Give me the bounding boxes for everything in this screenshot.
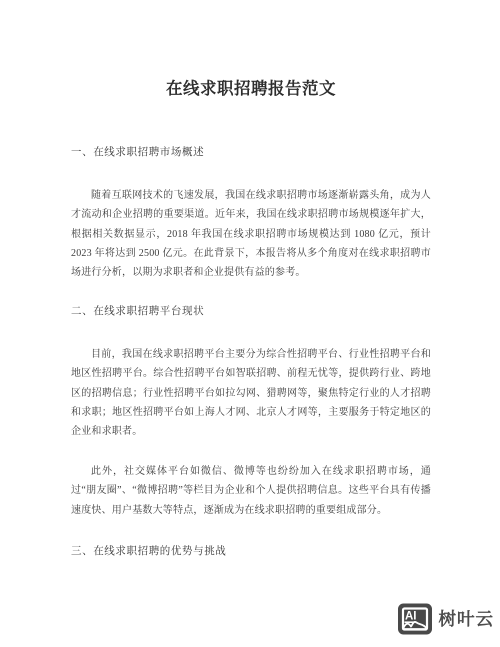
brand-watermark: AI 树叶云 xyxy=(397,601,495,637)
section-heading-1: 一、在线求职招聘市场概述 xyxy=(71,146,431,160)
paragraph-social-media: 此外，社交媒体平台如微信、微博等也纷纷加入在线求职招聘市场，通过“朋友圈”、“微… xyxy=(71,462,431,520)
section-heading-2: 二、在线求职招聘平台现状 xyxy=(71,305,431,319)
paragraph-market-overview: 随着互联网技术的飞速发展，我国在线求职招聘市场逐渐崭露头角，成为人才流动和企业招… xyxy=(71,186,431,282)
section-heading-3: 三、在线求职招聘的优势与挑战 xyxy=(71,545,431,559)
svg-text:AI: AI xyxy=(405,611,417,623)
ai-image-logo-icon: AI xyxy=(397,601,433,637)
brand-name: 树叶云 xyxy=(439,601,495,637)
paragraph-platform-types: 目前，我国在线求职招聘平台主要分为综合性招聘平台、行业性招聘平台和地区性招聘平台… xyxy=(71,345,431,441)
document-title: 在线求职招聘报告范文 xyxy=(71,75,431,99)
document-page: 在线求职招聘报告范文 一、在线求职招聘市场概述 随着互联网技术的飞速发展，我国在… xyxy=(0,0,500,647)
